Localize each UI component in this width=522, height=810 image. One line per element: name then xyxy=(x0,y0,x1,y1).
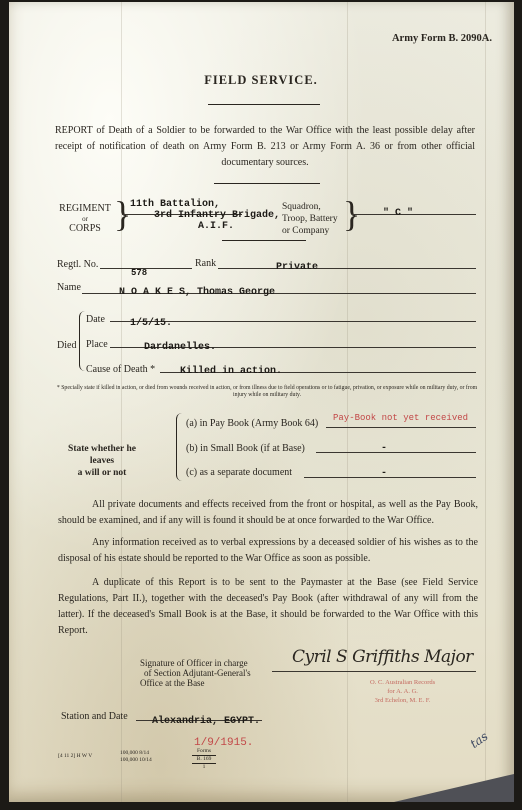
rank-value: Private xyxy=(276,262,318,273)
regiment-label-line: REGIMENT xyxy=(55,203,115,215)
date-value: 1/5/15. xyxy=(130,318,172,329)
company-value: " C " xyxy=(383,208,413,219)
instruction-paragraph-1: All private documents and effects receiv… xyxy=(58,497,478,529)
signature-value: Cyril S Griffiths Major xyxy=(292,647,473,667)
instruction-paragraph-3: A duplicate of this Report is to be sent… xyxy=(58,575,478,639)
document-page xyxy=(9,2,514,802)
signature-label: Signature of Officer in charge of Sectio… xyxy=(140,658,251,688)
regiment-label: REGIMENT or CORPS xyxy=(55,203,115,235)
cause-value: Killed in action. xyxy=(180,366,282,377)
regiment-label-line: CORPS xyxy=(55,223,115,235)
intro-text: REPORT of Death of a Soldier to be forwa… xyxy=(55,123,475,171)
stamp-line: O. C. Australian Records xyxy=(370,678,435,687)
regiment-value-3: A.I.F. xyxy=(198,221,234,232)
page-corner-shadow xyxy=(394,774,514,802)
will-question-line: a will or not xyxy=(56,467,148,479)
print-qty-line: 100,000 8/14 xyxy=(120,750,152,757)
unit-label-line: Squadron, xyxy=(282,201,338,213)
option-c-value: - xyxy=(381,468,387,479)
regtl-no-value: 578 xyxy=(131,268,147,278)
forms-code: Forms B. 169 1 xyxy=(192,748,216,771)
print-code: [4 11 2] H W V xyxy=(58,753,92,760)
company-line xyxy=(352,214,476,215)
unit-label-line: or Company xyxy=(282,225,338,237)
option-b-value: - xyxy=(381,443,387,454)
forms-code-value: B. 169 xyxy=(192,756,216,764)
divider xyxy=(214,183,320,184)
option-b-line xyxy=(316,452,476,453)
date-label: Date xyxy=(86,314,105,326)
regiment-value-1: 11th Battalion, xyxy=(130,199,220,210)
place-value: Dardanelles. xyxy=(144,342,216,353)
divider xyxy=(222,240,306,241)
rank-line xyxy=(218,268,476,269)
will-question-line: State whether he leaves xyxy=(56,443,148,467)
name-value: N O A K E S, Thomas George xyxy=(119,287,275,298)
unit-label-line: Troop, Battery xyxy=(282,213,338,225)
divider xyxy=(208,104,320,105)
option-a-line xyxy=(326,427,476,428)
signature-label-line: Signature of Officer in charge xyxy=(140,658,251,668)
station-label: Station and Date xyxy=(61,711,128,723)
will-question: State whether he leaves a will or not xyxy=(56,443,148,479)
forms-num: 1 xyxy=(192,764,216,771)
unit-label: Squadron, Troop, Battery or Company xyxy=(282,201,338,237)
records-stamp: O. C. Australian Records for A. A. G. 3r… xyxy=(370,678,435,705)
option-a-value: Pay-Book not yet received xyxy=(333,413,468,423)
page-title: FIELD SERVICE. xyxy=(0,73,522,88)
print-qty-line: 100,000 10/14 xyxy=(120,757,152,764)
print-qty: 100,000 8/14 100,000 10/14 xyxy=(120,750,152,764)
stamp-line: for A. A. G. xyxy=(370,687,435,696)
station-value: Alexandria, EGYPT. xyxy=(152,716,260,727)
option-c-label: (c) as a separate document xyxy=(186,467,292,479)
option-b-label: (b) in Small Book (if at Base) xyxy=(186,443,305,455)
name-label: Name xyxy=(57,282,81,294)
paper-fold xyxy=(121,2,122,802)
stamp-line: 3rd Echelon, M. E. F. xyxy=(370,696,435,705)
rank-label: Rank xyxy=(195,258,216,270)
bracket xyxy=(176,413,182,481)
form-number: Army Form B. 2090A. xyxy=(392,33,492,44)
signature-label-line: of Section Adjutant-General's xyxy=(140,668,251,678)
bracket xyxy=(79,311,85,371)
paper-fold xyxy=(347,2,348,802)
option-a-label: (a) in Pay Book (Army Book 64) xyxy=(186,418,318,430)
option-c-line xyxy=(304,477,476,478)
paper-fold xyxy=(485,2,486,802)
regiment-value-2: 3rd Infantry Brigade, xyxy=(154,210,280,221)
signature-line xyxy=(272,671,476,672)
instruction-paragraph-2: Any information received as to verbal ex… xyxy=(58,535,478,567)
place-label: Place xyxy=(86,339,108,351)
cause-label: Cause of Death * xyxy=(86,364,155,376)
forms-label: Forms xyxy=(192,748,216,756)
regtl-no-label: Regtl. No. xyxy=(57,259,98,271)
cause-footnote: * Specially state if killed in action, o… xyxy=(55,385,479,399)
signature-label-line: Office at the Base xyxy=(140,678,251,688)
regiment-label-line: or xyxy=(55,215,115,223)
died-label: Died xyxy=(57,340,76,352)
